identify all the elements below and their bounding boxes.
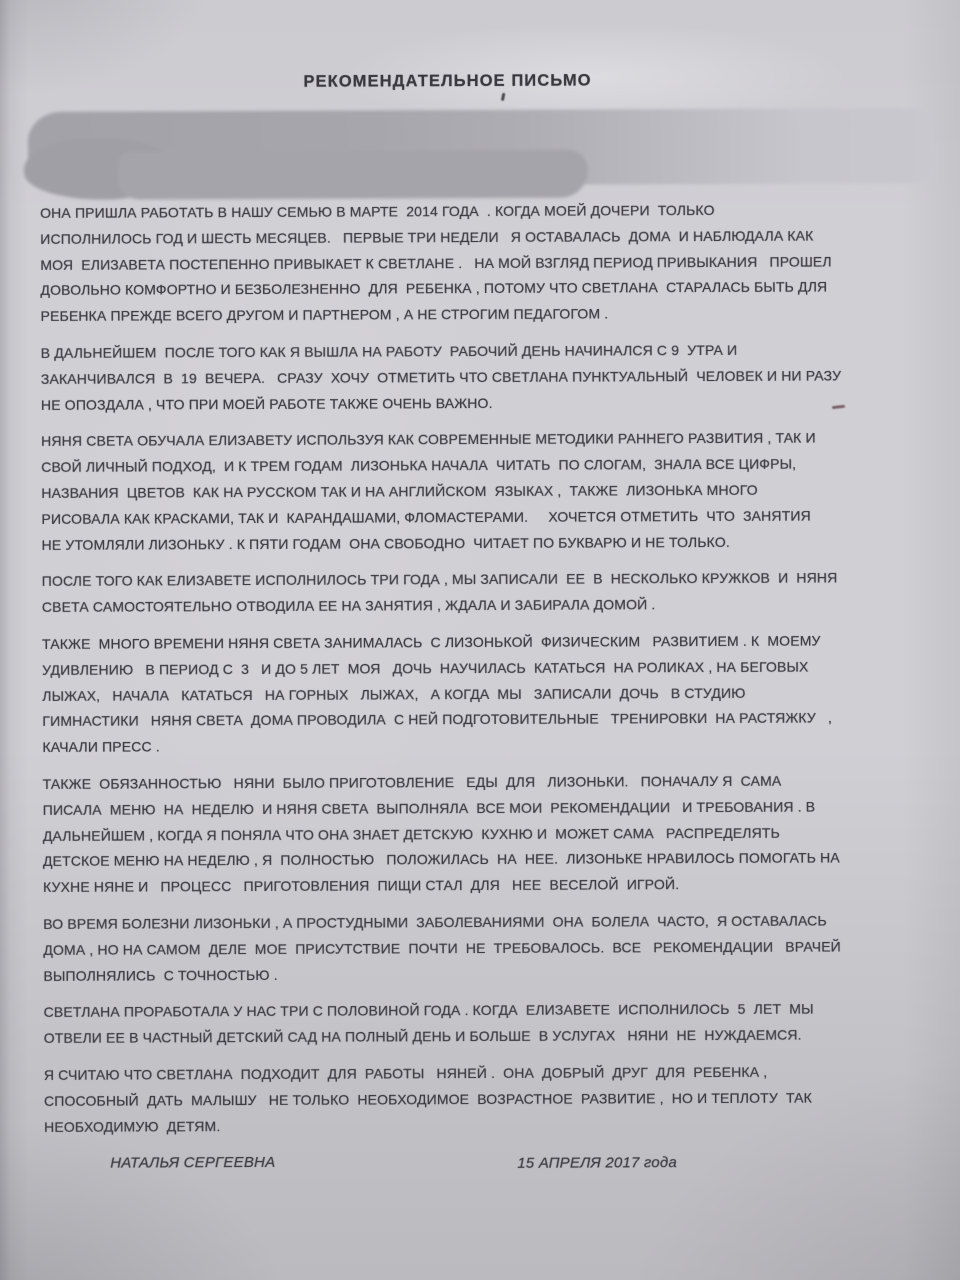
paragraph: НЯНЯ СВЕТА ОБУЧАЛА ЕЛИЗАВЕТУ ИСПОЛЬЗУЯ К… — [41, 425, 944, 558]
text-line: КАЧАЛИ ПРЕСС . — [42, 731, 944, 761]
text-line: В ДАЛЬНЕЙШЕМ ПОСЛЕ ТОГО КАК Я ВЫШЛА НА Р… — [41, 337, 943, 367]
text-line: ИСПОЛНИЛОСЬ ГОД И ШЕСТЬ МЕСЯЦЕВ. ПЕРВЫЕ … — [40, 223, 942, 253]
text-line: ВЫПОЛНЯЛИСЬ С ТОЧНОСТЬЮ . — [43, 959, 945, 989]
paragraph: ВО ВРЕМЯ БОЛЕЗНИ ЛИЗОНЬКИ , А ПРОСТУДНЫМ… — [43, 908, 945, 989]
text-line: ДОМА , НО НА САМОМ ДЕЛЕ МОЕ ПРИСУТСТВИЕ … — [43, 934, 945, 964]
photo-of-letter: { "document": { "title": "РЕКОМЕНДАТЕЛЬН… — [0, 0, 960, 1280]
text-line: СВОЙ ЛИЧНЫЙ ПОДХОД, И К ТРЕМ ГОДАМ ЛИЗОН… — [41, 451, 943, 481]
text-line: ТАКЖЕ ОБЯЗАННОСТЬЮ НЯНИ БЫЛО ПРИГОТОВЛЕН… — [43, 768, 945, 798]
text-line: ТАКЖЕ МНОГО ВРЕМЕНИ НЯНЯ СВЕТА ЗАНИМАЛАС… — [42, 628, 944, 658]
text-line: НАЗВАНИЯ ЦВЕТОВ КАК НА РУССКОМ ТАК И НА … — [41, 477, 943, 507]
text-line: НЕ ОПОЗДАЛА , ЧТО ПРИ МОЕЙ РАБОТЕ ТАКЖЕ … — [41, 389, 943, 419]
redaction-mark — [28, 108, 931, 187]
text-line: СВЕТЛАНА ПРОРАБОТАЛА У НАС ТРИ С ПОЛОВИН… — [44, 996, 946, 1026]
text-line: ПОСЛЕ ТОГО КАК ЕЛИЗАВЕТЕ ИСПОЛНИЛОСЬ ТРИ… — [42, 565, 944, 595]
stray-tick-mark — [501, 93, 506, 101]
document-title: РЕКОМЕНДАТЕЛЬНОЕ ПИСЬМО — [0, 70, 898, 93]
text-line: ДЕТСКОЕ МЕНЮ НА НЕДЕЛЮ , Я ПОЛНОСТЬЮ ПОЛ… — [43, 845, 945, 875]
paragraph: СВЕТЛАНА ПРОРАБОТАЛА У НАС ТРИ С ПОЛОВИН… — [44, 996, 946, 1052]
signature-name: НАТАЛЬЯ СЕРГЕЕВНА — [110, 1150, 275, 1177]
text-line: ВО ВРЕМЯ БОЛЕЗНИ ЛИЗОНЬКИ , А ПРОСТУДНЫМ… — [43, 908, 945, 938]
paragraph: Я СЧИТАЮ ЧТО СВЕТЛАНА ПОДХОДИТ ДЛЯ РАБОТ… — [44, 1059, 946, 1140]
text-line: РИСОВАЛА КАК КРАСКАМИ, ТАК И КАРАНДАШАМИ… — [41, 503, 943, 533]
text-line: ЛЫЖАХ, НАЧАЛА КАТАТЬСЯ НА ГОРНЫХ ЛЫЖАХ, … — [42, 680, 944, 710]
paragraph: ТАКЖЕ ОБЯЗАННОСТЬЮ НЯНИ БЫЛО ПРИГОТОВЛЕН… — [43, 768, 946, 901]
text-line: Я СЧИТАЮ ЧТО СВЕТЛАНА ПОДХОДИТ ДЛЯ РАБОТ… — [44, 1059, 946, 1089]
letter-body: ОНА ПРИШЛА РАБОТАТЬ В НАШУ СЕМЬЮ В МАРТЕ… — [40, 197, 946, 1181]
text-line: ОНА ПРИШЛА РАБОТАТЬ В НАШУ СЕМЬЮ В МАРТЕ… — [40, 197, 942, 227]
text-line: СВЕТА САМОСТОЯТЕЛЬНО ОТВОДИЛА ЕЕ НА ЗАНЯ… — [42, 591, 944, 621]
paragraph: ОНА ПРИШЛА РАБОТАТЬ В НАШУ СЕМЬЮ В МАРТЕ… — [40, 197, 943, 330]
text-line: НЕ УТОМЛЯЛИ ЛИЗОНЬКУ . К ПЯТИ ГОДАМ ОНА … — [42, 529, 944, 559]
text-line: УДИВЛЕНИЮ В ПЕРИОД С 3 И ДО 5 ЛЕТ МОЯ ДО… — [42, 654, 944, 684]
text-line: ДАЛЬНЕЙШЕМ , КОГДА Я ПОНЯЛА ЧТО ОНА ЗНАЕ… — [43, 820, 945, 850]
text-line: ПИСАЛА МЕНЮ НА НЕДЕЛЮ И НЯНЯ СВЕТА ВЫПОЛ… — [43, 794, 945, 824]
paragraphs: ОНА ПРИШЛА РАБОТАТЬ В НАШУ СЕМЬЮ В МАРТЕ… — [40, 197, 946, 1140]
text-line: ГИМНАСТИКИ НЯНЯ СВЕТА ДОМА ПРОВОДИЛА С Н… — [42, 705, 944, 735]
text-line: ЗАКАНЧИВАЛСЯ В 19 ВЕЧЕРА. СРАЗУ ХОЧУ ОТМ… — [41, 363, 943, 393]
paragraph: ТАКЖЕ МНОГО ВРЕМЕНИ НЯНЯ СВЕТА ЗАНИМАЛАС… — [42, 628, 945, 761]
text-line: НЕОБХОДИМУЮ ДЕТЯМ. — [44, 1110, 946, 1140]
text-line: РЕБЕНКА ПРЕЖДЕ ВСЕГО ДРУГОМ И ПАРТНЕРОМ … — [41, 300, 943, 330]
text-line: МОЯ ЕЛИЗАВЕТА ПОСТЕПЕННО ПРИВЫКАЕТ К СВЕ… — [40, 249, 942, 279]
letter-sheet: РЕКОМЕНДАТЕЛЬНОЕ ПИСЬМО ОНА ПРИШЛА РАБОТ… — [0, 0, 960, 1280]
text-line: СПОСОБНЫЙ ДАТЬ МАЛЫШУ НЕ ТОЛЬКО НЕОБХОДИ… — [44, 1085, 946, 1115]
text-line: КУХНЕ НЯНЕ И ПРОЦЕСС ПРИГОТОВЛЕНИЯ ПИЩИ … — [43, 871, 945, 901]
signature-row: НАТАЛЬЯ СЕРГЕЕВНА 15 АПРЕЛЯ 2017 года — [44, 1147, 946, 1181]
paragraph: ПОСЛЕ ТОГО КАК ЕЛИЗАВЕТЕ ИСПОЛНИЛОСЬ ТРИ… — [42, 565, 944, 621]
signature-date: 15 АПРЕЛЯ 2017 года — [517, 1150, 677, 1176]
text-line: НЯНЯ СВЕТА ОБУЧАЛА ЕЛИЗАВЕТУ ИСПОЛЬЗУЯ К… — [41, 425, 943, 455]
paragraph: В ДАЛЬНЕЙШЕМ ПОСЛЕ ТОГО КАК Я ВЫШЛА НА Р… — [41, 337, 943, 418]
text-line: ДОВОЛЬНО КОМФОРТНО И БЕЗБОЛЕЗНЕННО ДЛЯ Р… — [40, 274, 942, 304]
text-line: ОТВЕЛИ ЕЕ В ЧАСТНЫЙ ДЕТСКИЙ САД НА ПОЛНЫ… — [44, 1022, 946, 1052]
